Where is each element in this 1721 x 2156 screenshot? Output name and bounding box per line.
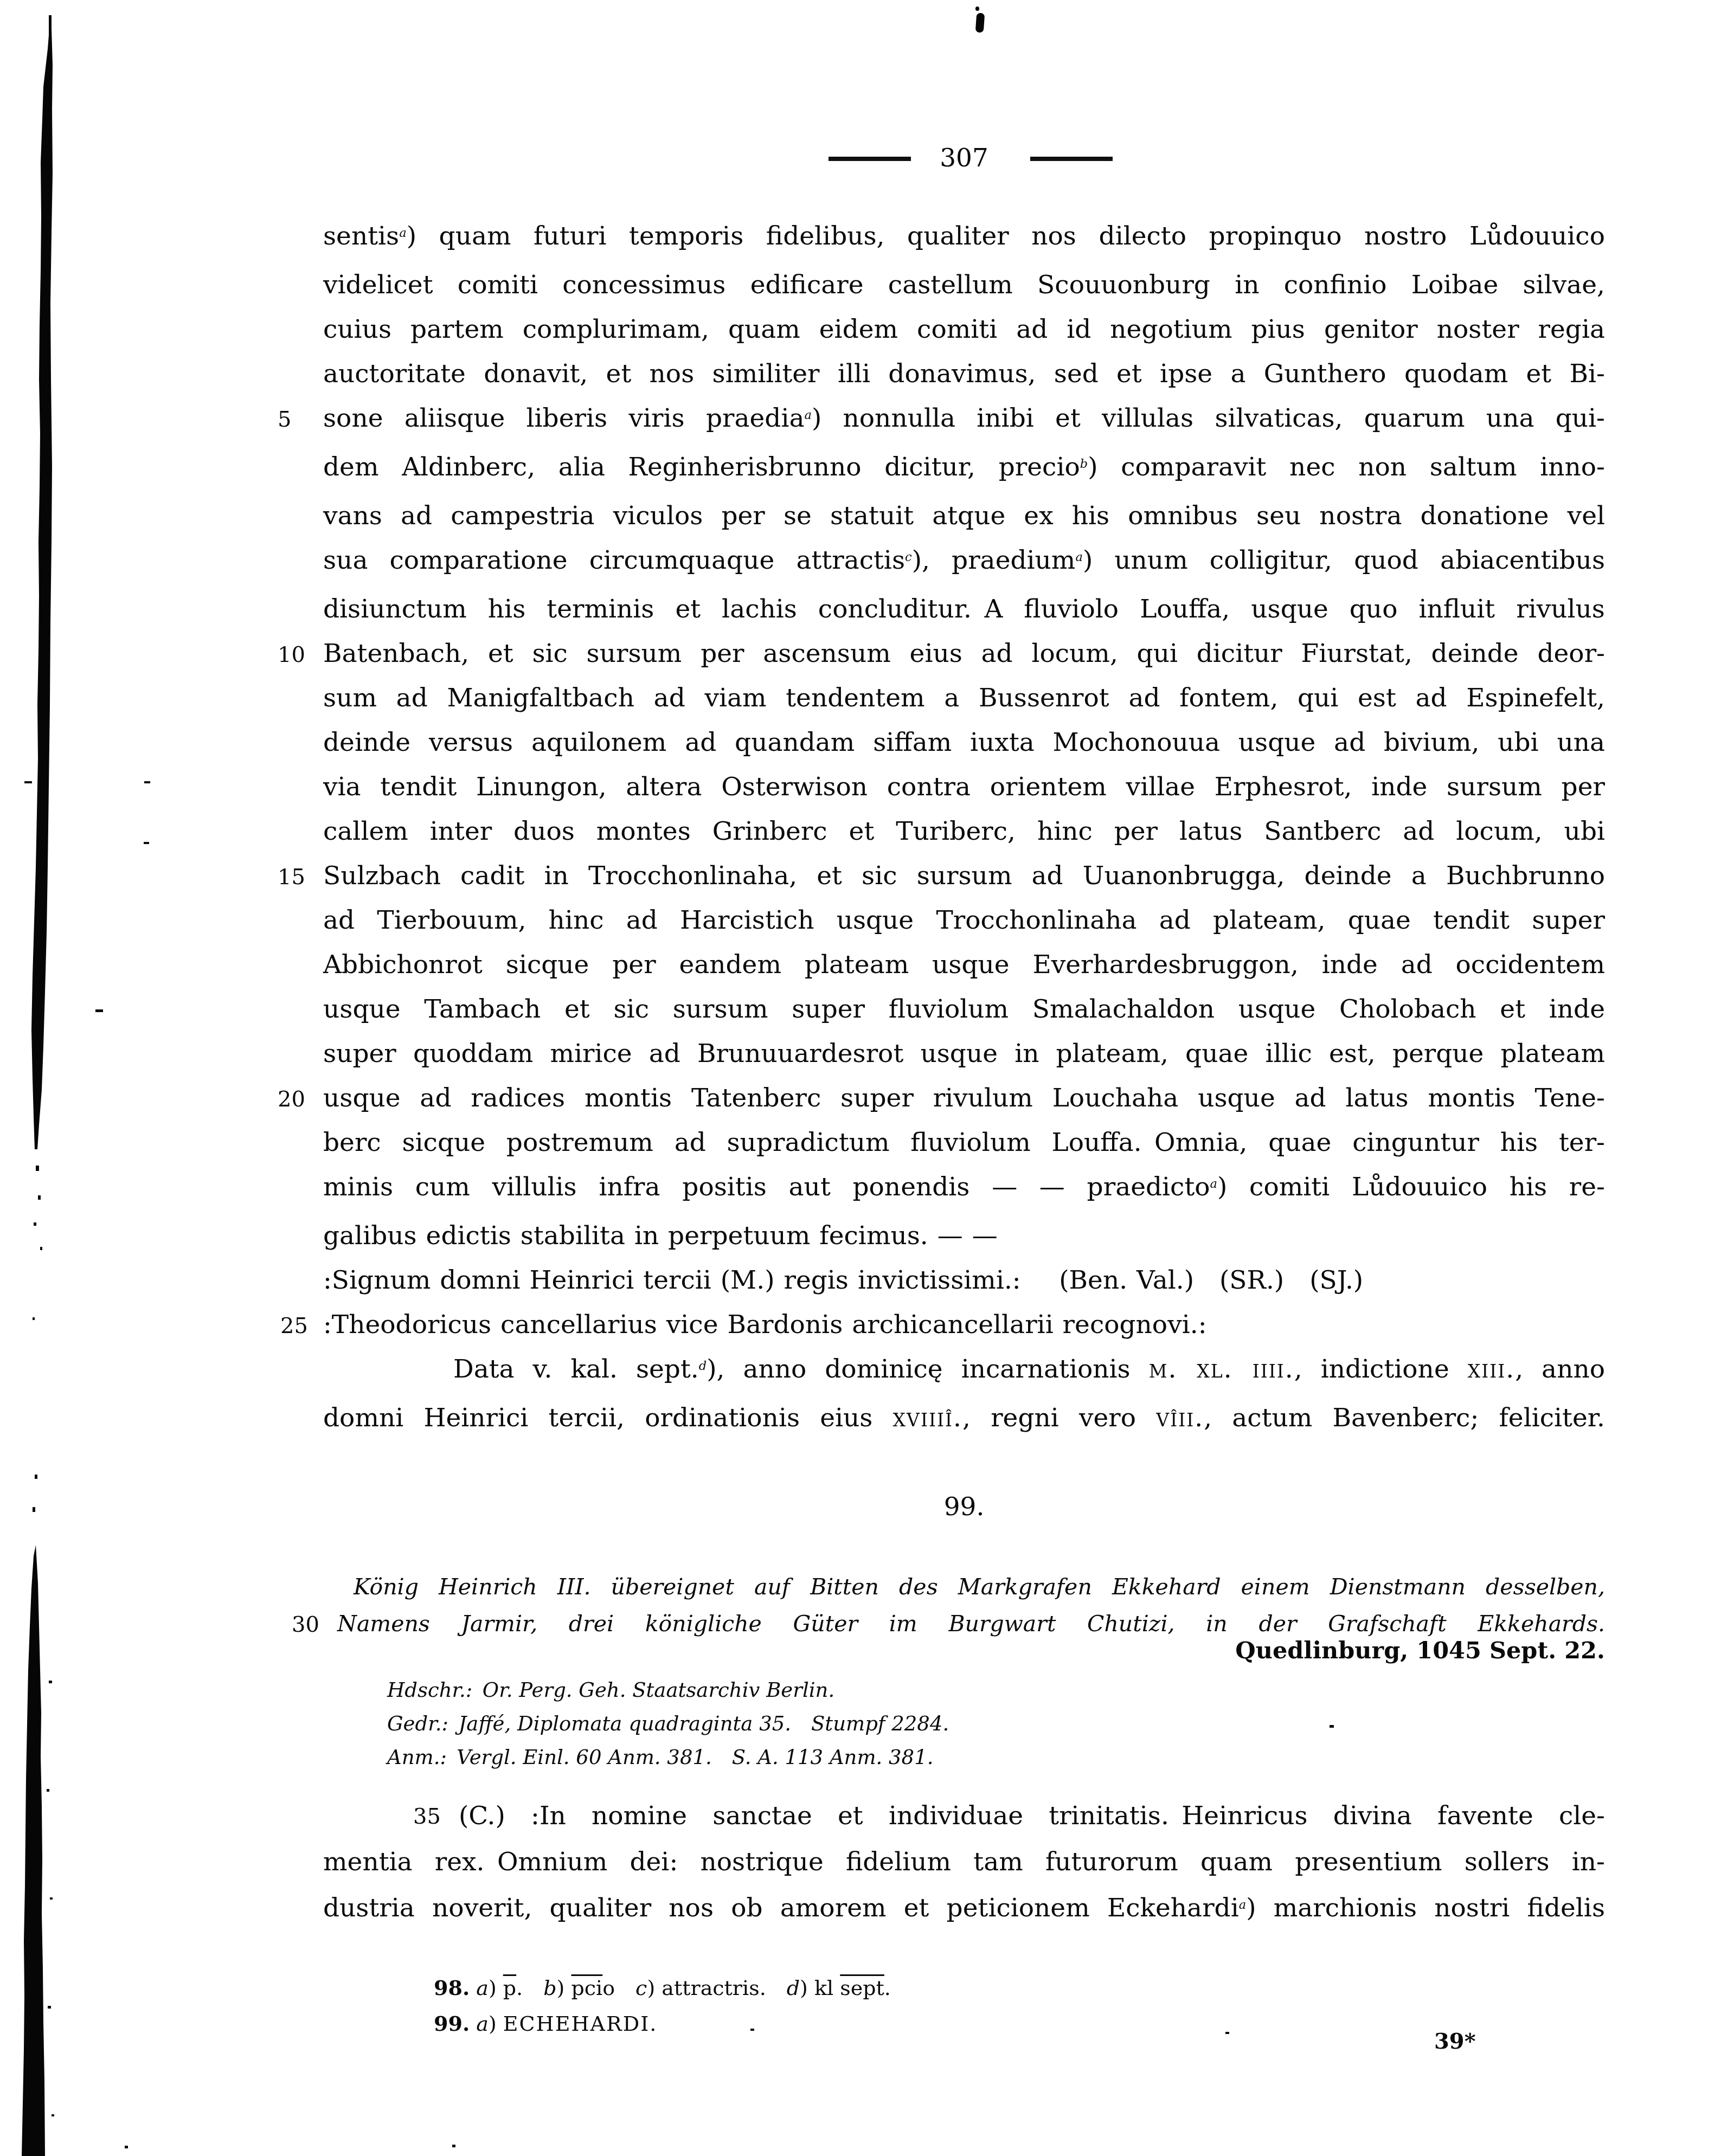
text-line: dem Aldinberc, alia Reginherisbrunno dic… [323,445,1605,494]
text-segment: xviiiî. [893,1403,962,1433]
page-number-dash-right [1030,157,1113,161]
text-line: 99. a) ECHEHARDI. [434,2006,1518,2042]
footnote-reference: b [1080,457,1088,471]
text-segment: , indictione [1294,1354,1468,1384]
text-line: galibus edictis stabilita in perpetuum f… [323,1214,1605,1258]
text-line: auctoritate donavit, et nos similiter il… [323,352,1605,396]
text-segment: sone aliisque liberis viris praedia [323,403,804,433]
text-segment: sentis [323,221,399,251]
text-segment: domni Heinrici tercii, ordinationis eius [323,1403,893,1433]
text-segment: Sulzbach cadit in Trocchonlinaha, et sic… [323,861,1605,891]
text-segment: disiunctum his terminis et lachis conclu… [323,594,1605,624]
text-line: 98. a) p. b) pcio c) attractris. d) kl s… [434,1970,1518,2006]
footnote-reference: a [804,408,811,422]
text-segment: berc sicque postremum ad supradictum flu… [323,1128,1605,1157]
text-segment: via tendit Linungon, altera Osterwison c… [323,772,1605,802]
text-segment: callem inter duos montes Grinberc et Tur… [323,816,1605,846]
text-segment: deinde versus aquilonem ad quandam siffa… [323,728,1605,757]
document-98-text: sentisa) quam futuri temporis fidelibus,… [323,214,1605,1440]
margin-line-number: 25 [278,1304,308,1348]
text-segment: 99. [434,2011,470,2036]
text-segment: ) [557,1976,571,2000]
text-line: :Signum domni Heinrici tercii (M.) regis… [323,1258,1605,1303]
footnotes: 98. a) p. b) pcio c) attractris. d) kl s… [434,1970,1518,2042]
text-segment: cuius partem complurimam, quam eidem com… [323,314,1605,344]
text-line: König Heinrich III. übereignet auf Bitte… [337,1568,1605,1605]
text-segment: :Signum domni Heinrici tercii (M.) regis… [323,1265,1363,1295]
dateline: Quedlinburg, 1045 Sept. 22. [1235,1638,1605,1664]
text-segment: . [884,1976,891,2000]
text-segment: dustria noverit, qualiter nos ob amorem … [323,1893,1239,1923]
text-segment: (C.) :In nomine sanctae et individuae tr… [459,1801,1605,1831]
text-segment: , actum Bavenberc; feliciter. [1204,1403,1605,1433]
text-segment: ) nonnulla inibi et villulas silvaticas,… [812,403,1605,433]
text-segment: sum ad Manigfaltbach ad viam tendentem a… [323,683,1605,713]
text-line: sua comparatione circumquaque attractisc… [323,538,1605,587]
text-segment: :Theodoricus cancellarius vice Bardonis … [323,1310,1207,1340]
text-line: 10Batenbach, et sic sursum per ascensum … [323,632,1605,676]
text-line: sentisa) quam futuri temporis fidelibus,… [323,214,1605,263]
page: 307 sentisa) quam futuri temporis fideli… [0,0,1721,2156]
text-segment: vans ad campestria viculos per se statui… [323,501,1605,531]
margin-line-number: 10 [278,633,308,677]
text-segment: sept [840,1976,884,2000]
footnote-reference: a [1210,1177,1217,1191]
text-line: super quoddam mirice ad Brunuuardesrot u… [323,1032,1605,1076]
text-segment: Namens Jarmir, drei königliche Güter im … [337,1611,1605,1637]
text-segment: videlicet comiti concessimus edificare c… [323,270,1605,300]
page-number-dash-left [829,157,911,161]
text-segment: sua comparatione circumquaque attractis [323,545,905,575]
text-segment: xiii. [1468,1354,1515,1384]
text-line: mentia rex. Omnium dei: nostrique fideli… [323,1839,1605,1885]
text-segment: ), anno dominicę incarnationis [707,1354,1148,1384]
text-line: sum ad Manigfaltbach ad viam tendentem a… [323,676,1605,720]
text-segment: Anm.: Vergl. Einl. 60 Anm. 381. S. A. 11… [387,1746,933,1769]
margin-line-number: 15 [278,855,308,899]
source-notes: Hdschr.: Or. Perg. Geh. Staatsarchiv Ber… [387,1674,1472,1774]
text-line: 15Sulzbach cadit in Trocchonlinaha, et s… [323,854,1605,898]
footnote-reference: a [1239,1898,1246,1912]
text-segment: ad Tierbouum, hinc ad Harcistich usque T… [323,905,1605,935]
text-line: cuius partem complurimam, quam eidem com… [323,307,1605,352]
footnote-reference: c [905,550,912,564]
text-segment: vîii. [1156,1403,1204,1433]
text-segment: a [476,2012,489,2036]
text-line: ad Tierbouum, hinc ad Harcistich usque T… [323,898,1605,943]
footnote-reference: a [1075,550,1082,564]
text-segment: minis cum villulis infra positis aut pon… [323,1172,1210,1202]
text-segment: a [476,1976,489,2000]
text-line: berc sicque postremum ad supradictum flu… [323,1121,1605,1165]
text-segment: pci [571,1976,602,2000]
text-line: 25:Theodoricus cancellarius vice Bardoni… [323,1303,1605,1347]
text-segment: d [787,1976,800,2000]
text-segment: . [516,1976,543,2000]
margin-line-number: 30 [292,1606,322,1643]
section-99-summary: König Heinrich III. übereignet auf Bitte… [337,1568,1605,1642]
text-segment: 98. [434,1975,470,2000]
text-line: 5sone aliisque liberis viris praediaa) n… [323,396,1605,445]
margin-line-number: 5 [278,397,308,442]
page-number: 307 [932,144,997,172]
text-segment: m. xl. iiii. [1149,1354,1294,1384]
text-line: via tendit Linungon, altera Osterwison c… [323,765,1605,809]
text-segment: galibus edictis stabilita in perpetuum f… [323,1221,998,1251]
text-line: minis cum villulis infra positis aut pon… [323,1165,1605,1214]
text-line: Anm.: Vergl. Einl. 60 Anm. 381. S. A. 11… [387,1741,1472,1774]
text-segment: super quoddam mirice ad Brunuuardesrot u… [323,1039,1605,1069]
text-segment: ) [489,1976,503,2000]
footnote-reference: a [399,226,406,240]
text-line: usque Tambach et sic sursum super fluvio… [323,987,1605,1032]
text-line: videlicet comiti concessimus edificare c… [323,263,1605,307]
document-99-text: 35(C.) :In nomine sanctae et individuae … [323,1793,1605,1936]
text-segment: ECHEHARDI. [503,2012,657,2036]
margin-line-number: 35 [278,1794,308,1840]
text-line: dustria noverit, qualiter nos ob amorem … [323,1885,1605,1936]
ink-blot-dot [975,7,979,11]
text-segment: usque ad radices montis Tatenberc super … [323,1083,1605,1113]
text-segment: ) unum colligitur, quod abiacentibus [1083,545,1605,575]
text-segment: Data v. kal. sept. [453,1354,699,1384]
text-line: Abbichonrot sicque per eandem plateam us… [323,943,1605,987]
text-line: Hdschr.: Or. Perg. Geh. Staatsarchiv Ber… [387,1674,1472,1707]
footnote-reference: d [699,1359,707,1373]
text-segment: Gedr.: Jaffé, Diplomata quadraginta 35. … [387,1712,949,1735]
text-segment: Abbichonrot sicque per eandem plateam us… [323,950,1605,980]
text-segment: ) [489,2012,503,2036]
text-segment: mentia rex. Omnium dei: nostrique fideli… [323,1847,1605,1877]
text-segment: , regni vero [962,1403,1156,1433]
ink-blot [975,13,985,33]
text-line: 35(C.) :In nomine sanctae et individuae … [323,1793,1605,1839]
text-line: domni Heinrici tercii, ordinationis eius… [323,1396,1605,1440]
text-segment: p [503,1976,516,2000]
text-segment: ) comiti Lůdouuico his re- [1217,1172,1605,1202]
text-segment: o [602,1976,635,2000]
text-segment [470,2012,476,2036]
signature-mark: 39* [1434,2029,1476,2054]
text-line: 20usque ad radices montis Tatenberc supe… [323,1076,1605,1121]
text-line: disiunctum his terminis et lachis conclu… [323,587,1605,632]
text-segment: König Heinrich III. übereignet auf Bitte… [354,1574,1605,1600]
margin-line-number: 20 [278,1077,308,1122]
text-line: vans ad campestria viculos per se statui… [323,494,1605,538]
text-segment: dem Aldinberc, alia Reginherisbrunno dic… [323,452,1080,482]
text-segment: ) attractris. [647,1976,786,2000]
text-line: callem inter duos montes Grinberc et Tur… [323,809,1605,854]
text-line: Gedr.: Jaffé, Diplomata quadraginta 35. … [387,1707,1472,1741]
text-segment: usque Tambach et sic sursum super fluvio… [323,994,1605,1024]
text-line: deinde versus aquilonem ad quandam siffa… [323,720,1605,765]
text-segment: , anno [1515,1354,1605,1384]
text-segment: ) quam futuri temporis fidelibus, qualit… [407,221,1605,251]
text-segment: Hdschr.: Or. Perg. Geh. Staatsarchiv Ber… [387,1678,834,1702]
text-segment: auctoritate donavit, et nos similiter il… [323,359,1605,389]
text-segment [470,1976,476,2000]
text-segment: ) kl [800,1976,840,2000]
text-segment: ), praedium [912,545,1076,575]
text-line: Data v. kal. sept.d), anno dominicę inca… [323,1347,1605,1396]
text-segment: b [543,1976,556,2000]
text-segment: ) marchionis nostri fidelis [1246,1893,1605,1923]
text-segment: Batenbach, et sic sursum per ascensum ei… [323,639,1605,668]
text-line: 30Namens Jarmir, drei königliche Güter i… [337,1605,1605,1642]
text-segment: ) comparavit nec non saltum inno- [1088,452,1605,482]
text-segment: c [635,1976,647,2000]
section-99-heading: 99. [323,1492,1605,1522]
